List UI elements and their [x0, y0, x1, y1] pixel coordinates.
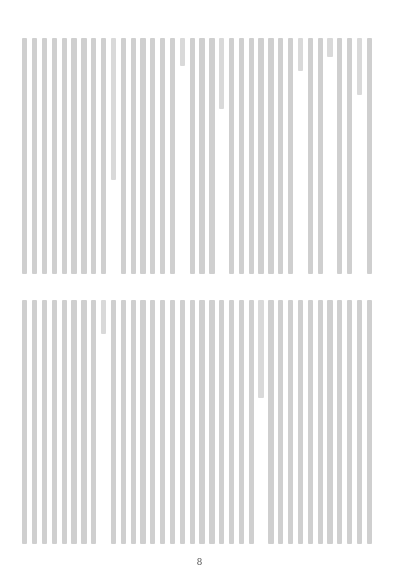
redacted-text-column [101, 300, 106, 334]
redacted-text-column [357, 38, 362, 95]
redacted-text-column [347, 38, 352, 274]
redacted-text-column [367, 300, 372, 544]
redacted-text-column [337, 38, 342, 274]
redacted-text-column [318, 300, 323, 544]
redacted-text-column [239, 300, 244, 544]
redacted-text-column [111, 300, 116, 544]
redacted-text-column [180, 38, 185, 66]
redacted-text-column [22, 300, 27, 544]
redacted-text-column [327, 38, 332, 57]
redacted-text-column [229, 38, 234, 274]
redacted-text-column [111, 38, 116, 180]
upper-text-block-redacted [22, 38, 372, 274]
redacted-text-column [318, 38, 323, 274]
redacted-text-column [347, 300, 352, 544]
redacted-text-column [101, 38, 106, 274]
redacted-text-column [268, 38, 273, 274]
redacted-text-column [22, 38, 27, 274]
redacted-text-column [288, 300, 293, 544]
redacted-text-column [249, 38, 254, 274]
redacted-text-column [140, 38, 145, 274]
redacted-text-column [170, 300, 175, 544]
redacted-text-column [121, 38, 126, 274]
redacted-text-column [71, 38, 76, 274]
redacted-text-column [91, 38, 96, 274]
redacted-text-column [150, 38, 155, 274]
redacted-text-column [62, 38, 67, 274]
redacted-text-column [190, 38, 195, 274]
redacted-text-column [131, 300, 136, 544]
lower-text-block-redacted [22, 300, 372, 544]
redacted-text-column [327, 300, 332, 544]
redacted-text-column [81, 300, 86, 544]
redacted-text-column [209, 38, 214, 274]
redacted-text-column [32, 300, 37, 544]
redacted-text-column [229, 300, 234, 544]
redacted-text-column [209, 300, 214, 544]
redacted-text-column [278, 300, 283, 544]
redacted-text-column [42, 38, 47, 274]
redacted-text-column [308, 38, 313, 274]
redacted-text-column [199, 300, 204, 544]
redacted-text-column [170, 38, 175, 274]
redacted-text-column [367, 38, 372, 274]
redacted-text-column [258, 300, 263, 398]
redacted-text-column [268, 300, 273, 544]
redacted-text-column [219, 38, 224, 109]
redacted-text-column [42, 300, 47, 544]
redacted-text-column [219, 300, 224, 544]
redacted-text-column [288, 38, 293, 274]
redacted-text-column [160, 300, 165, 544]
redacted-text-column [140, 300, 145, 544]
redacted-text-column [81, 38, 86, 274]
redacted-text-column [91, 300, 96, 544]
redacted-text-column [52, 38, 57, 274]
redacted-text-column [180, 300, 185, 544]
redacted-text-column [71, 300, 76, 544]
redacted-text-column [298, 38, 303, 71]
redacted-text-column [337, 300, 342, 544]
redacted-text-column [121, 300, 126, 544]
redacted-text-column [357, 300, 362, 544]
redacted-text-column [131, 38, 136, 274]
redacted-text-column [199, 38, 204, 274]
redacted-text-column [52, 300, 57, 544]
redacted-text-column [249, 300, 254, 544]
redacted-text-column [160, 38, 165, 274]
redacted-text-column [150, 300, 155, 544]
redacted-text-column [258, 38, 263, 274]
redacted-text-column [308, 300, 313, 544]
page-number: 8 [0, 558, 399, 568]
redacted-text-column [239, 38, 244, 274]
redacted-text-column [62, 300, 67, 544]
redacted-text-column [278, 38, 283, 274]
redacted-text-column [298, 300, 303, 544]
redacted-text-column [32, 38, 37, 274]
redacted-text-column [190, 300, 195, 544]
